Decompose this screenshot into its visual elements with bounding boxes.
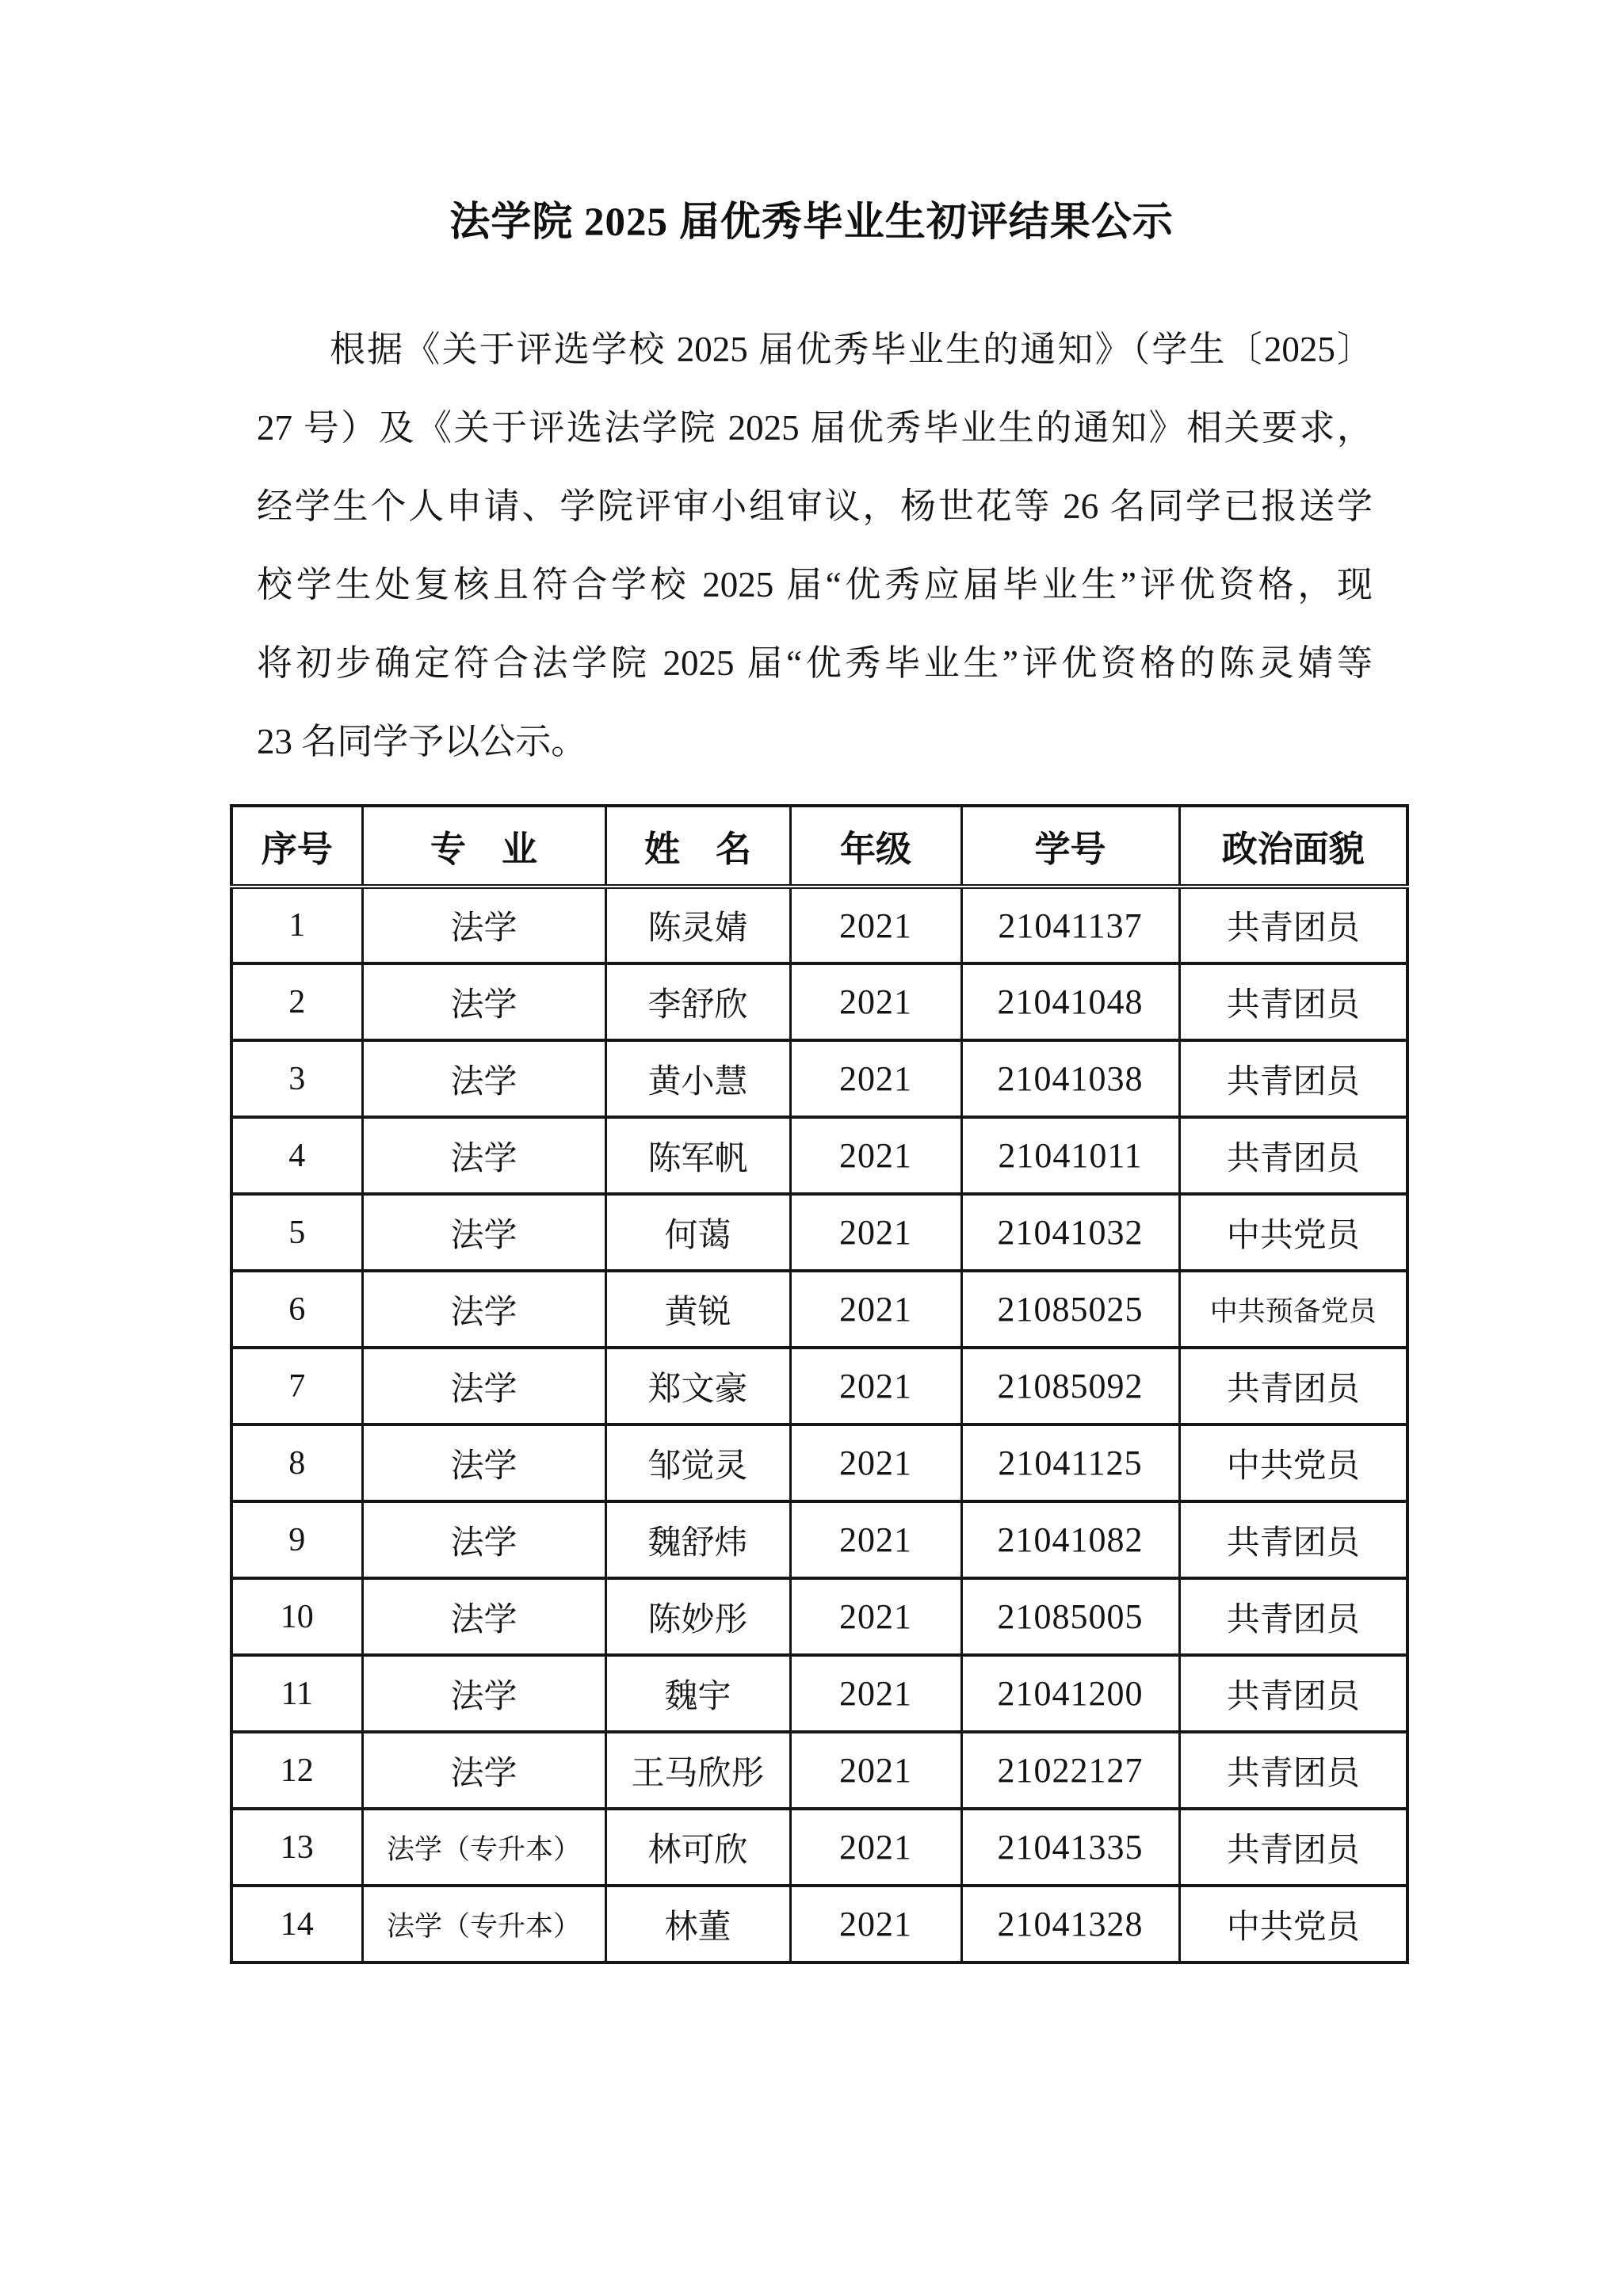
cell-status: 共青团员: [1179, 1501, 1407, 1578]
table-row: 6 法学 黄锐 2021 21085025 中共预备党员: [231, 1271, 1407, 1348]
cell-major: 法学: [362, 1348, 605, 1425]
table-row: 14 法学（专升本） 林董 2021 21041328 中共党员: [231, 1886, 1407, 1962]
cell-status: 共青团员: [1179, 1655, 1407, 1732]
table-row: 8 法学 邹觉灵 2021 21041125 中共党员: [231, 1425, 1407, 1501]
header-cell-student-id: 学号: [961, 806, 1179, 887]
cell-no: 12: [231, 1732, 362, 1809]
cell-major: 法学: [362, 1425, 605, 1501]
table-row: 2 法学 李舒欣 2021 21041048 共青团员: [231, 963, 1407, 1040]
cell-status: 共青团员: [1179, 1578, 1407, 1655]
cell-major: 法学: [362, 963, 605, 1040]
table-row: 9 法学 魏舒炜 2021 21041082 共青团员: [231, 1501, 1407, 1578]
cell-name: 魏舒炜: [605, 1501, 790, 1578]
cell-student-id: 21041335: [961, 1809, 1179, 1886]
cell-name: 魏宇: [605, 1655, 790, 1732]
cell-status: 中共党员: [1179, 1425, 1407, 1501]
cell-student-id: 21022127: [961, 1732, 1179, 1809]
cell-student-id: 21041200: [961, 1655, 1179, 1732]
cell-no: 10: [231, 1578, 362, 1655]
cell-no: 7: [231, 1348, 362, 1425]
header-cell-name: 姓 名: [605, 806, 790, 887]
cell-major: 法学: [362, 1040, 605, 1117]
cell-student-id: 21085025: [961, 1271, 1179, 1348]
cell-no: 14: [231, 1886, 362, 1962]
header-cell-status: 政治面貌: [1179, 806, 1407, 887]
results-table: 序号 专 业 姓 名 年级 学号 政治面貌 1 法学 陈灵婧 2021 2104…: [230, 804, 1409, 1964]
paragraph-line-2: 27 号）及《关于评选法学院 2025 届优秀毕业生的通知》相关要求，: [257, 389, 1373, 467]
cell-major: 法学: [362, 1732, 605, 1809]
paragraph-line-5: 将初步确定符合法学院 2025 届“优秀毕业生”评优资格的陈灵婧等: [257, 624, 1373, 703]
cell-status: 共青团员: [1179, 1040, 1407, 1117]
cell-no: 6: [231, 1271, 362, 1348]
paragraph-line-6: 23 名同学予以公示。: [257, 703, 1373, 781]
cell-name: 郑文豪: [605, 1348, 790, 1425]
cell-status: 共青团员: [1179, 887, 1407, 963]
cell-status: 共青团员: [1179, 1809, 1407, 1886]
cell-student-id: 21041038: [961, 1040, 1179, 1117]
cell-no: 11: [231, 1655, 362, 1732]
table-row: 7 法学 郑文豪 2021 21085092 共青团员: [231, 1348, 1407, 1425]
cell-status: 共青团员: [1179, 1732, 1407, 1809]
cell-name: 林董: [605, 1886, 790, 1962]
cell-name: 黄锐: [605, 1271, 790, 1348]
header-cell-no: 序号: [231, 806, 362, 887]
cell-major: 法学: [362, 1271, 605, 1348]
cell-status: 中共预备党员: [1179, 1271, 1407, 1348]
table-row: 3 法学 黄小慧 2021 21041038 共青团员: [231, 1040, 1407, 1117]
cell-grade: 2021: [790, 1271, 961, 1348]
cell-no: 2: [231, 963, 362, 1040]
table-header-row: 序号 专 业 姓 名 年级 学号 政治面貌: [231, 806, 1407, 887]
document-page: 法学院 2025 届优秀毕业生初评结果公示 根据《关于评选学校 2025 届优秀…: [0, 0, 1623, 2296]
table-row: 4 法学 陈军帆 2021 21041011 共青团员: [231, 1117, 1407, 1194]
cell-grade: 2021: [790, 1809, 961, 1886]
cell-no: 13: [231, 1809, 362, 1886]
cell-student-id: 21041082: [961, 1501, 1179, 1578]
cell-status: 共青团员: [1179, 963, 1407, 1040]
header-cell-major: 专 业: [362, 806, 605, 887]
cell-major: 法学: [362, 1578, 605, 1655]
cell-no: 9: [231, 1501, 362, 1578]
cell-no: 1: [231, 887, 362, 963]
cell-major: 法学: [362, 1501, 605, 1578]
cell-student-id: 21041048: [961, 963, 1179, 1040]
cell-major: 法学（专升本）: [362, 1886, 605, 1962]
table-row: 1 法学 陈灵婧 2021 21041137 共青团员: [231, 887, 1407, 963]
cell-grade: 2021: [790, 1117, 961, 1194]
table-row: 13 法学（专升本） 林可欣 2021 21041335 共青团员: [231, 1809, 1407, 1886]
cell-status: 共青团员: [1179, 1348, 1407, 1425]
cell-name: 王马欣彤: [605, 1732, 790, 1809]
table-row: 12 法学 王马欣彤 2021 21022127 共青团员: [231, 1732, 1407, 1809]
cell-name: 邹觉灵: [605, 1425, 790, 1501]
cell-status: 中共党员: [1179, 1886, 1407, 1962]
cell-grade: 2021: [790, 1886, 961, 1962]
paragraph-line-1: 根据《关于评选学校 2025 届优秀毕业生的通知》（学生〔2025〕: [257, 311, 1373, 389]
cell-status: 中共党员: [1179, 1194, 1407, 1271]
cell-no: 4: [231, 1117, 362, 1194]
cell-student-id: 21041125: [961, 1425, 1179, 1501]
cell-name: 李舒欣: [605, 963, 790, 1040]
cell-grade: 2021: [790, 1425, 961, 1501]
cell-student-id: 21041137: [961, 887, 1179, 963]
cell-major: 法学: [362, 1655, 605, 1732]
cell-major: 法学: [362, 887, 605, 963]
cell-name: 陈妙彤: [605, 1578, 790, 1655]
cell-grade: 2021: [790, 1578, 961, 1655]
cell-major: 法学（专升本）: [362, 1809, 605, 1886]
cell-grade: 2021: [790, 963, 961, 1040]
cell-no: 5: [231, 1194, 362, 1271]
paragraph-line-4: 校学生处复核且符合学校 2025 届“优秀应届毕业生”评优资格，现: [257, 546, 1373, 624]
cell-no: 3: [231, 1040, 362, 1117]
cell-major: 法学: [362, 1117, 605, 1194]
cell-no: 8: [231, 1425, 362, 1501]
cell-major: 法学: [362, 1194, 605, 1271]
cell-grade: 2021: [790, 1732, 961, 1809]
cell-grade: 2021: [790, 1040, 961, 1117]
cell-student-id: 21085005: [961, 1578, 1179, 1655]
page-title: 法学院 2025 届优秀毕业生初评结果公示: [0, 189, 1623, 247]
table-row: 10 法学 陈妙彤 2021 21085005 共青团员: [231, 1578, 1407, 1655]
cell-student-id: 21085092: [961, 1348, 1179, 1425]
paragraph-line-3: 经学生个人申请、学院评审小组审议，杨世花等 26 名同学已报送学: [257, 467, 1373, 546]
table-header: 序号 专 业 姓 名 年级 学号 政治面貌: [231, 806, 1407, 887]
cell-grade: 2021: [790, 1501, 961, 1578]
table-row: 5 法学 何蔼 2021 21041032 中共党员: [231, 1194, 1407, 1271]
cell-grade: 2021: [790, 1194, 961, 1271]
cell-student-id: 21041032: [961, 1194, 1179, 1271]
table-row: 11 法学 魏宇 2021 21041200 共青团员: [231, 1655, 1407, 1732]
cell-name: 林可欣: [605, 1809, 790, 1886]
cell-student-id: 21041011: [961, 1117, 1179, 1194]
cell-status: 共青团员: [1179, 1117, 1407, 1194]
cell-name: 陈军帆: [605, 1117, 790, 1194]
cell-grade: 2021: [790, 887, 961, 963]
header-cell-grade: 年级: [790, 806, 961, 887]
cell-grade: 2021: [790, 1348, 961, 1425]
cell-grade: 2021: [790, 1655, 961, 1732]
cell-name: 何蔼: [605, 1194, 790, 1271]
table-body: 1 法学 陈灵婧 2021 21041137 共青团员 2 法学 李舒欣 202…: [231, 887, 1407, 1962]
cell-student-id: 21041328: [961, 1886, 1179, 1962]
cell-name: 黄小慧: [605, 1040, 790, 1117]
cell-name: 陈灵婧: [605, 887, 790, 963]
body-paragraph: 根据《关于评选学校 2025 届优秀毕业生的通知》（学生〔2025〕 27 号）…: [257, 311, 1373, 781]
